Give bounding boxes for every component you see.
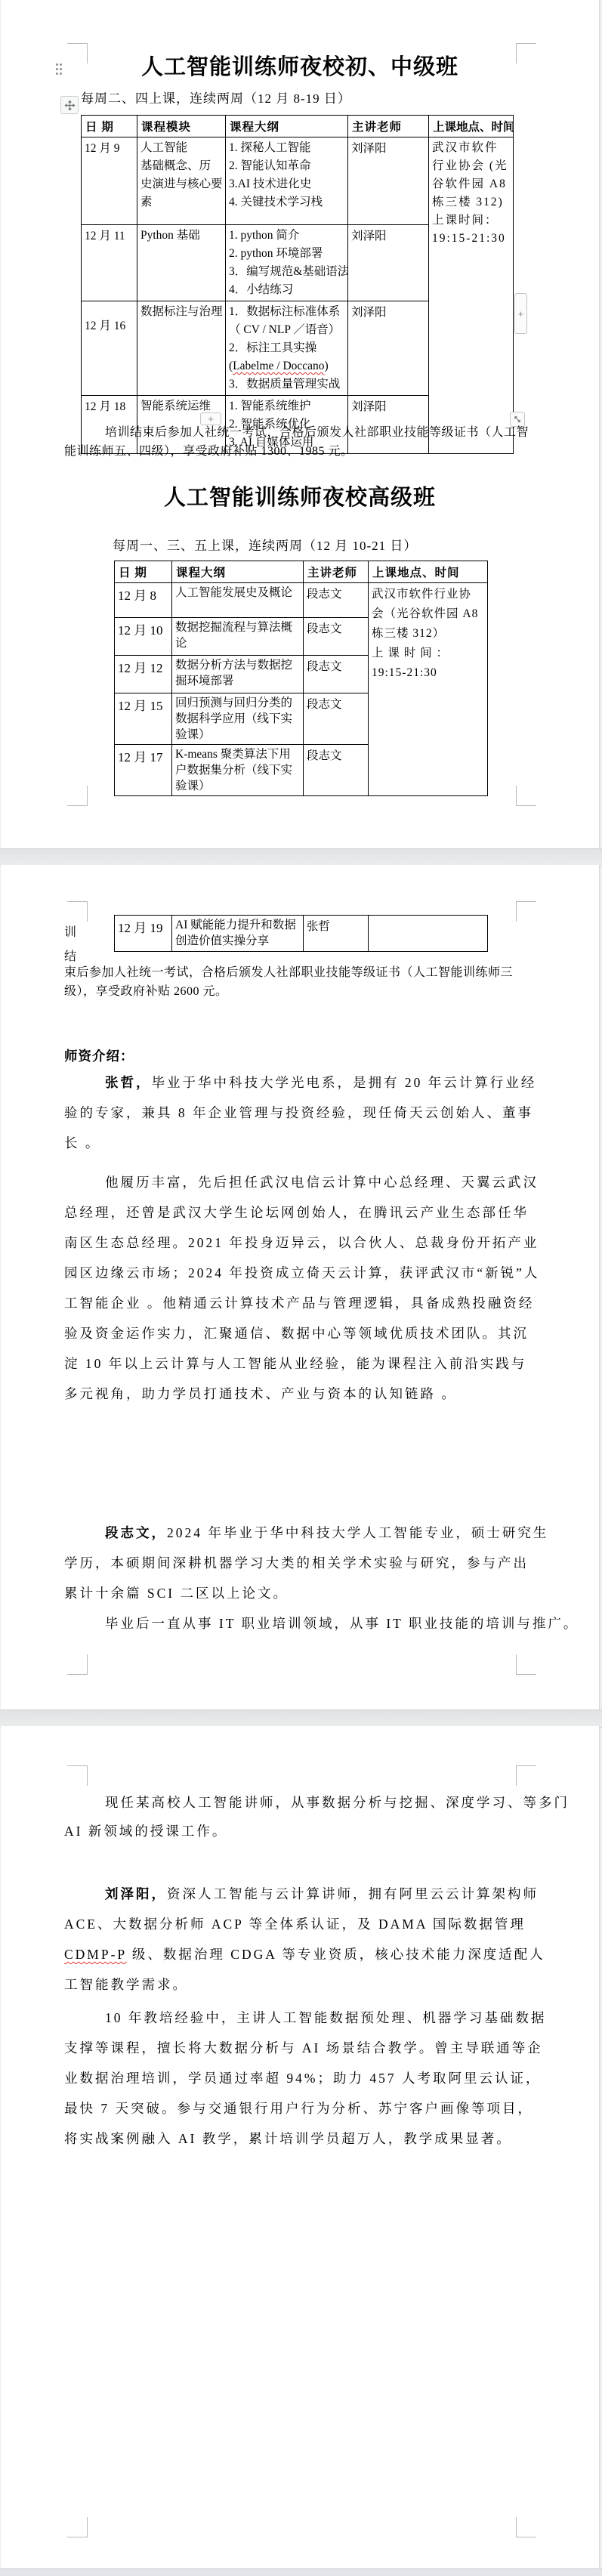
- text-line: 将实战案例融入 AI 教学，累计培训学员超万人，教学成果显著。: [64, 2124, 585, 2154]
- text-line: 1. python 简介: [229, 227, 344, 245]
- module-cell[interactable]: 数据标注与治理: [137, 301, 226, 396]
- text-line: 2. python 环境部署: [229, 245, 344, 263]
- table-header-row: 日 期 课程大纲 主讲老师 上课地点、时间: [115, 561, 488, 583]
- certificate-note-advanced: 束后参加人社统一考试，合格后颁发人社部职业技能等级证书（人工智能训练师三 级），…: [64, 963, 585, 1001]
- col-header-teacher: 主讲老师: [348, 116, 429, 137]
- text-line: 验及资金运作实力，汇聚通信、数据中心等领域优质技术团队。其沉: [64, 1318, 585, 1348]
- margin-mark-icon: [516, 1765, 536, 1786]
- wrapped-text-char: 训: [64, 922, 76, 940]
- teacher-cell[interactable]: 刘泽阳: [348, 137, 429, 225]
- col-header-outline: 课程大纲: [226, 116, 348, 137]
- bio-liuzeyang-p2: 10 年教培经验中，主讲人工智能数据预处理、机器学习基础数据支撑等课程，擅长将大…: [64, 2003, 585, 2154]
- text-line: 淀 10 年以上云计算与人工智能从业经验，能为课程注入前沿实践与: [64, 1348, 585, 1379]
- plus-icon: +: [518, 309, 524, 319]
- date-cell[interactable]: 12 月 19: [115, 916, 172, 952]
- col-header-location: 上课地点、时间: [429, 116, 514, 137]
- text-line: 他履历丰富，先后担任武汉电信云计算中心总经理、天翼云武汉: [64, 1167, 585, 1197]
- text-line: 数据分析方法与数据挖: [175, 657, 300, 673]
- col-header-outline: 课程大纲: [172, 561, 304, 583]
- text-line: 上课时间：: [432, 212, 510, 230]
- text-line: 19:15-21:30: [432, 230, 510, 248]
- bio-zhangzhe-p2: 他履历丰富，先后担任武汉电信云计算中心总经理、天翼云武汉总经理，还曾是武汉大学生…: [64, 1167, 585, 1409]
- text-line: 验课）: [175, 727, 300, 743]
- page-3: 现任某高校人工智能讲师，从事数据分析与挖掘、深度学习、等多门AI 新领域的授课工…: [1, 1726, 600, 2568]
- text-line: K-means 聚类算法下用: [175, 746, 300, 762]
- date-cell[interactable]: 12 月 16: [82, 301, 137, 396]
- outline-cell[interactable]: 数据分析方法与数据挖掘环境部署: [172, 656, 304, 693]
- text-line: 验的专家，兼具 8 年企业管理与投资经验，现任倚天云创始人、董事: [64, 1098, 585, 1128]
- col-header-module: 课程模块: [137, 116, 226, 137]
- text-line: Python 基础: [140, 227, 222, 245]
- date-cell[interactable]: 12 月 17: [115, 745, 172, 796]
- outline-cell[interactable]: AI 赋能能力提升和数据创造价值实操分享: [172, 916, 304, 952]
- text-line: 学历，本硕期间深耕机器学习大类的相关学术实验与研究，参与产出: [64, 1548, 585, 1578]
- text-line: 行业协会 (光: [432, 157, 510, 175]
- col-header-location: 上课地点、时间: [369, 561, 488, 583]
- text-line: 19:15-21:30: [372, 663, 484, 683]
- text-line: 3．数据质量管理实战: [229, 375, 344, 394]
- outline-cell[interactable]: K-means 聚类算法下用户数据集分析（线下实验课）: [172, 745, 304, 796]
- date-cell[interactable]: 12 月 15: [115, 693, 172, 745]
- teacher-cell[interactable]: 段志文: [304, 583, 369, 618]
- text-line: 工智能企业 。他精通云计算技术产品与管理逻辑，具备成熟投融资经: [64, 1288, 585, 1318]
- text-line: 现任某高校人工智能讲师，从事数据分析与挖掘、深度学习、等多门: [64, 1788, 585, 1817]
- text-line: 能训练师五、四级），享受政府补贴 1300、1985 元。: [64, 442, 585, 461]
- outline-cell[interactable]: 数据挖掘流程与算法概论: [172, 618, 304, 656]
- outline-cell[interactable]: 1．数据标注标准体系（ CV / NLP ／语音）2．标注工具实操 (Label…: [226, 301, 348, 396]
- text-line: 最快 7 天突破。参与交通银行用户行为分析、苏宁客户画像等项目，: [64, 2093, 585, 2124]
- text-line: 论: [175, 635, 300, 651]
- outline-cell[interactable]: 1. python 简介2. python 环境部署3．编写规范&基础语法4．小…: [226, 225, 348, 301]
- text-line: 毕业后一直从事 IT 职业培训领域，从事 IT 职业技能的培训与推广。: [64, 1608, 585, 1639]
- text-line: 数据科学应用（线下实: [175, 711, 300, 727]
- location-cell[interactable]: 武汉市软件行业协会（光谷软件园 A8栋三楼 312）上 课 时 间 ：19:15…: [369, 583, 488, 796]
- teacher-name: 张哲，: [105, 1075, 152, 1090]
- margin-mark-icon: [67, 786, 88, 806]
- teacher-cell[interactable]: 张哲: [304, 916, 369, 952]
- text-line: 1. 智能系统维护: [229, 397, 344, 415]
- text-line: 史演进与核心要: [140, 175, 222, 193]
- date-cell[interactable]: 12 月 10: [115, 618, 172, 656]
- text-line: AI 新领域的授课工作。: [64, 1817, 585, 1846]
- text-line: 验课）: [175, 778, 300, 794]
- text-line: 人工智能: [140, 139, 222, 157]
- text-line: ACE、大数据分析师 ACP 等全体系认证，及 DAMA 国际数据管理: [64, 1909, 585, 1939]
- date-cell[interactable]: 12 月 8: [115, 583, 172, 618]
- text-line: 数据挖掘流程与算法概: [175, 619, 300, 635]
- text-line: 长 。: [64, 1128, 585, 1158]
- text-line: 南区生态总经理。2021 年投身迈异云，以合伙人、总裁身份开拓产业: [64, 1228, 585, 1258]
- margin-mark-icon: [516, 2517, 536, 2537]
- text-line: 武汉市软件: [432, 139, 510, 157]
- text-line: 多元视角，助力学员打通技术、产业与资本的认知链路 。: [64, 1379, 585, 1409]
- location-cell[interactable]: 武汉市软件行业协会 (光谷软件园 A8栋三楼 312)上课时间：19:15-21…: [429, 137, 514, 454]
- text-line: 创造价值实操分享: [175, 933, 300, 949]
- text-line: 掘环境部署: [175, 673, 300, 689]
- table-header-row: 日 期 课程模块 课程大纲 主讲老师 上课地点、时间: [82, 116, 514, 137]
- col-header-date: 日 期: [82, 116, 137, 137]
- teacher-name: 刘泽阳，: [105, 1886, 167, 1901]
- table-row: 12 月 8 人工智能发展史及概论 段志文 武汉市软件行业协会（光谷软件园 A8…: [115, 583, 488, 618]
- table-row: 12 月 9 人工智能基础概念、历史演进与核心要素 1. 探秘人工智能2. 智能…: [82, 137, 514, 225]
- text-line: 累计十余篇 SCI 二区以上论文。: [64, 1578, 585, 1608]
- text-line: 4. 关键技术学习栈: [229, 193, 344, 212]
- doc-title-beginner: 人工智能训练师夜校初、中级班: [1, 53, 599, 82]
- margin-mark-icon: [516, 901, 536, 922]
- doc-title-advanced: 人工智能训练师夜校高级班: [1, 483, 599, 512]
- margin-mark-icon: [67, 1765, 88, 1786]
- text-line: 10 年教培经验中，主讲人工智能数据预处理、机器学习基础数据: [64, 2003, 585, 2033]
- text-line: 段志文，2024 年毕业于华中科技大学人工智能专业，硕士研究生: [64, 1518, 585, 1548]
- page-2: 12 月 19 AI 赋能能力提升和数据创造价值实操分享 张哲 训 结 束后参加…: [1, 865, 600, 1710]
- course-table-advanced[interactable]: 日 期 课程大纲 主讲老师 上课地点、时间 12 月 8 人工智能发展史及概论 …: [114, 561, 488, 796]
- text-line: 刘泽阳，资深人工智能与云计算讲师，拥有阿里云云计算架构师: [64, 1879, 585, 1909]
- document-canvas: 人工智能训练师夜校初、中级班 每周二、四上课，连续两周（12 月 8-19 日）…: [0, 0, 602, 2576]
- bio-duanzhiwen-p2: 毕业后一直从事 IT 职业培训领域，从事 IT 职业技能的培训与推广。: [64, 1608, 585, 1639]
- text-line: 工智能教学需求。: [64, 1969, 585, 2000]
- text-line: 2．标注工具实操: [229, 339, 344, 357]
- outline-cell[interactable]: 1. 探秘人工智能2. 智能认知革命3.AI 技术进化史4. 关键技术学习栈: [226, 137, 348, 225]
- margin-mark-icon: [516, 1654, 536, 1675]
- text-line: 业数据治理培训，学员通过率超 94%；助力 457 人考取阿里云认证，: [64, 2063, 585, 2093]
- text-line: 素: [140, 193, 222, 212]
- wrapped-text-char: 结: [64, 947, 76, 964]
- location-cell-empty[interactable]: [369, 916, 488, 952]
- text-line: 3.AI 技术进化史: [229, 175, 344, 193]
- spellcheck-underline: Labelme / Doccano: [233, 360, 324, 372]
- date-cell[interactable]: 12 月 11: [82, 225, 137, 301]
- insert-column-button[interactable]: +: [514, 293, 527, 334]
- margin-mark-icon: [67, 2517, 88, 2537]
- course-table-beginner[interactable]: 日 期 课程模块 课程大纲 主讲老师 上课地点、时间 12 月 9 人工智能基础…: [81, 115, 514, 454]
- text-line: 1. 探秘人工智能: [229, 139, 344, 157]
- margin-mark-icon: [67, 901, 88, 922]
- text-line: 数据标注与治理: [140, 303, 222, 321]
- text-line: 总经理，还曾是武汉大学生论坛网创始人，在腾讯云产业生态部任华: [64, 1197, 585, 1228]
- teacher-cell[interactable]: 段志文: [304, 656, 369, 693]
- table-row: 12 月 19 AI 赋能能力提升和数据创造价值实操分享 张哲: [115, 916, 488, 952]
- text-line: 栋三楼 312): [432, 193, 510, 212]
- col-header-date: 日 期: [115, 561, 172, 583]
- text-line: 张哲，毕业于华中科技大学光电系，是拥有 20 年云计算行业经: [64, 1067, 585, 1098]
- teacher-cell[interactable]: 刘泽阳: [348, 225, 429, 301]
- page-1: 人工智能训练师夜校初、中级班 每周二、四上课，连续两周（12 月 8-19 日）…: [1, 0, 600, 848]
- text-line: 基础概念、历: [140, 157, 222, 175]
- date-cell[interactable]: 12 月 12: [115, 656, 172, 693]
- certificate-note: 培训结束后参加人社统一考试，合格后颁发人社部职业技能等级证书（人工智 能训练师五…: [64, 423, 585, 461]
- outline-cell[interactable]: 回归预测与回归分类的数据科学应用（线下实验课）: [172, 693, 304, 745]
- text-line: 4．小结练习: [229, 281, 344, 299]
- text-line: 束后参加人社统一考试，合格后颁发人社部职业技能等级证书（人工智能训练师三: [64, 963, 585, 982]
- outline-cell[interactable]: 人工智能发展史及概论: [172, 583, 304, 618]
- module-cell[interactable]: 人工智能基础概念、历史演进与核心要素: [137, 137, 226, 225]
- course-table-advanced-continued[interactable]: 12 月 19 AI 赋能能力提升和数据创造价值实操分享 张哲: [114, 915, 488, 952]
- text-line: 谷软件园 A8: [432, 175, 510, 193]
- text-line: 栋三楼 312）: [372, 624, 484, 644]
- teacher-cell[interactable]: 刘泽阳: [348, 301, 429, 396]
- text-line: CDMP-P 级、数据治理 CDGA 等专业资质，核心技术能力深度适配人: [64, 1939, 585, 1969]
- text-line: 支撑等课程，擅长将大数据分析与 AI 场景结合教学。曾主导联通等企: [64, 2033, 585, 2063]
- text-line: 会（光谷软件园 A8: [372, 604, 484, 624]
- text-line: （ CV / NLP ／语音）: [229, 321, 344, 339]
- bio-duanzhiwen-p1: 段志文，2024 年毕业于华中科技大学人工智能专业，硕士研究生 学历，本硕期间深…: [64, 1518, 585, 1608]
- annotation-tools-line: (Labelme / Doccano): [229, 357, 344, 375]
- teacher-cell[interactable]: 段志文: [304, 618, 369, 656]
- margin-mark-icon: [67, 1654, 88, 1675]
- text-line: 级），享受政府补贴 2600 元。: [64, 982, 585, 1001]
- teacher-cell[interactable]: 段志文: [304, 693, 369, 745]
- text-line: 3．编写规范&基础语法: [229, 263, 344, 281]
- page-separator: [0, 848, 602, 866]
- section-heading-teachers: 师资介绍：: [64, 1046, 134, 1065]
- text-line: 培训结束后参加人社统一考试，合格后颁发人社部职业技能等级证书（人工智: [64, 423, 585, 442]
- text-line: 回归预测与回归分类的: [175, 695, 300, 711]
- window-bottom-bar: [0, 2568, 602, 2576]
- text-line: 上 课 时 间 ：: [372, 644, 484, 663]
- spellcheck-underline: CDMP-P: [64, 1947, 127, 1962]
- text-line: 园区边缘云市场；2024 年投资成立倚天云计算，获评武汉市“新锐”人: [64, 1258, 585, 1288]
- module-cell[interactable]: Python 基础: [137, 225, 226, 301]
- schedule-note-1: 每周二、四上课，连续两周（12 月 8-19 日）: [81, 88, 351, 107]
- teacher-cell[interactable]: 段志文: [304, 745, 369, 796]
- bio-zhangzhe-p1: 张哲，毕业于华中科技大学光电系，是拥有 20 年云计算行业经 验的专家，兼具 8…: [64, 1067, 585, 1158]
- bio-duanzhiwen-p3: 现任某高校人工智能讲师，从事数据分析与挖掘、深度学习、等多门AI 新领域的授课工…: [64, 1788, 585, 1846]
- col-header-teacher: 主讲老师: [304, 561, 369, 583]
- text-line: 户数据集分析（线下实: [175, 762, 300, 778]
- text-line: 2. 智能认知革命: [229, 157, 344, 175]
- teacher-name: 段志文，: [105, 1525, 167, 1540]
- margin-mark-icon: [516, 786, 536, 806]
- table-move-anchor-icon[interactable]: [60, 96, 79, 114]
- text-line: 武汉市软件行业协: [372, 585, 484, 604]
- move-arrows-icon: [64, 100, 76, 111]
- bio-liuzeyang-p1: 刘泽阳，资深人工智能与云计算讲师，拥有阿里云云计算架构师 ACE、大数据分析师 …: [64, 1879, 585, 2000]
- text-line: 人工智能发展史及概论: [175, 585, 300, 601]
- schedule-note-2: 每周一、三、五上课，连续两周（12 月 10-21 日）: [113, 535, 417, 554]
- text-line: 1．数据标注标准体系: [229, 303, 344, 321]
- date-cell[interactable]: 12 月 9: [82, 137, 137, 225]
- page-separator: [0, 1710, 602, 1728]
- text-line: AI 赋能能力提升和数据: [175, 917, 300, 933]
